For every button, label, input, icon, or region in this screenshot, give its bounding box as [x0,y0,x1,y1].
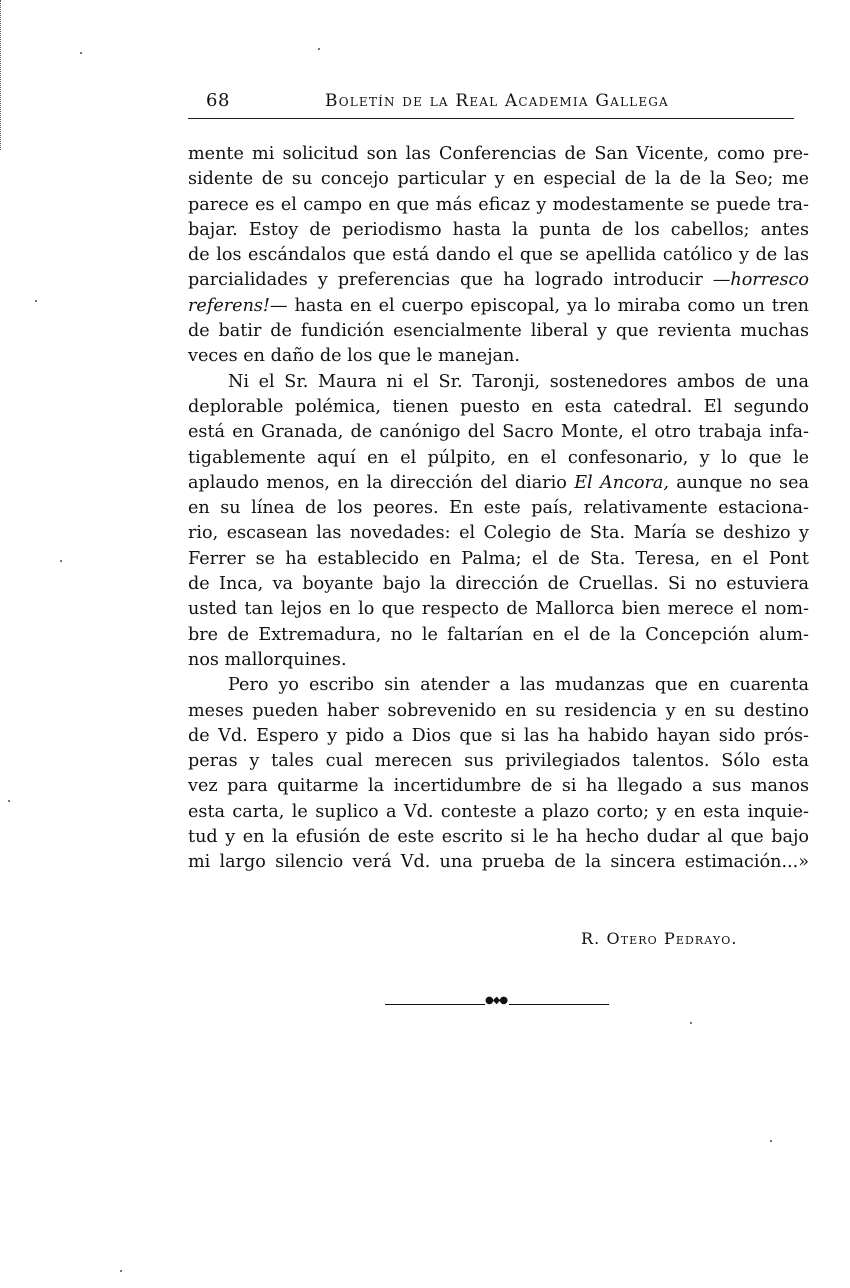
text-line: deplorable polémica, tienen puesto en es… [188,395,809,420]
scan-speck [35,300,37,302]
text-run: aplaudo menos, en la dirección del diari… [188,473,574,493]
scan-speck [60,560,62,562]
text-line: meses pueden haber sobrevenido en su res… [188,699,809,724]
text-line: está en Granada, de canónigo del Sacro M… [188,420,809,445]
text-line: parece es el campo en que más eficaz y m… [188,193,809,218]
italic-phrase: referens!— [188,296,288,316]
signature: R. Otero Pedrayo. [581,929,738,948]
scan-speck [318,48,320,50]
text-line: sidente de su concejo particular y en es… [188,167,809,192]
text-line: vez para quitarme la incertidumbre de si… [188,774,809,799]
text-run: parcialidades y preferencias que ha logr… [188,270,703,290]
page-number: 68 [206,90,230,111]
text-line: de Vd. Espero y pido a Dios que si las h… [188,724,809,749]
scan-speck [80,52,82,54]
scan-speck [8,800,10,802]
text-line: tigablemente aquí en el púlpito, en el c… [188,446,809,471]
text-line: de Inca, va boyante bajo la dirección de… [188,572,809,597]
ornament-dots-icon: ●◆● [485,995,507,1006]
text-line: tud y en la efusión de este escrito si l… [188,825,809,850]
text-line: veces en daño de los que le manejan. [188,344,809,369]
text-line: mi largo silencio verá Vd. una prueba de… [188,850,809,875]
scan-speck [770,1140,772,1142]
ornament-rule-right [509,1004,609,1005]
text-line: de los escándalos que está dando el que … [188,243,809,268]
running-title: Boletín de la Real Academia Gallega [325,91,669,111]
paragraph-start: Ni el Sr. Maura ni el Sr. Taronji, soste… [188,370,809,395]
text-line: bajar. Estoy de periodismo hasta la punt… [188,218,809,243]
section-ornament: ●◆● [385,1000,609,1008]
scan-edge-mark [0,0,4,150]
paragraph-start: Pero yo escribo sin atender a las mudanz… [188,673,809,698]
scan-speck [690,1022,692,1024]
text-line: referens!— hasta en el cuerpo episcopal,… [188,294,809,319]
text-line: Ferrer se ha establecido en Palma; el de… [188,547,809,572]
text-line: parcialidades y preferencias que ha logr… [188,268,809,293]
text-line: usted tan lejos en lo que respecto de Ma… [188,597,809,622]
letter-body: mente mi solicitud son las Conferencias … [188,142,809,876]
italic-title: El Ancora, [574,473,669,493]
text-run: aunque no sea [669,473,809,493]
scan-speck [120,1270,122,1272]
page-header: 68 Boletín de la Real Academia Gallega [188,88,816,114]
header-rule [188,118,794,119]
text-line: mente mi solicitud son las Conferencias … [188,142,809,167]
italic-phrase: —horresco [713,270,809,290]
text-line: rio, escasean las novedades: el Colegio … [188,521,809,546]
text-line: de batir de fundición esencialmente libe… [188,319,809,344]
text-line: bre de Extremadura, no le faltarían en e… [188,623,809,648]
text-run: hasta en el cuerpo episcopal, ya lo mira… [288,296,809,316]
text-line: aplaudo menos, en la dirección del diari… [188,471,809,496]
text-line: en su línea de los peores. En este país,… [188,496,809,521]
text-line: esta carta, le suplico a Vd. conteste a … [188,800,809,825]
text-line: peras y tales cual merecen sus privilegi… [188,749,809,774]
ornament-rule-left [385,1004,485,1005]
text-line: nos mallorquines. [188,648,809,673]
